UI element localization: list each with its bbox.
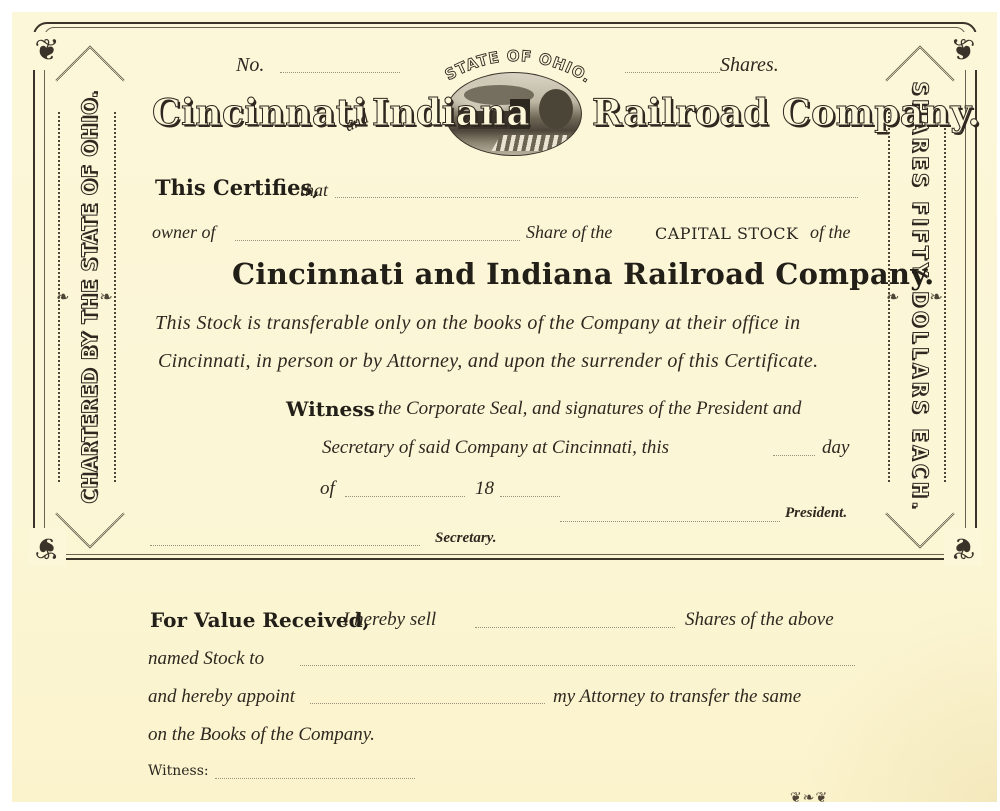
of-the-label: of the [810, 222, 851, 243]
certificate-number-label: No. [236, 54, 264, 77]
sell-shares-field[interactable] [475, 627, 675, 628]
hereby-sell-label: I hereby sell [343, 609, 436, 631]
secretary-signature-field[interactable] [150, 545, 420, 546]
books-of-company-label: on the Books of the Company. [148, 724, 375, 746]
president-signature-field[interactable] [560, 521, 780, 522]
witness-clause-line-2: Secretary of said Company at Cincinnati,… [322, 437, 669, 459]
named-stock-label: named Stock to [148, 648, 264, 670]
day-label: day [822, 437, 849, 459]
certificate-number-field[interactable] [280, 72, 400, 73]
month-field[interactable] [345, 496, 465, 497]
hereby-appoint-label: and hereby appoint [148, 686, 295, 708]
left-ornamental-panel: ❧❧ CHARTERED BY THE STATE OF OHIO. [50, 42, 130, 552]
charter-text: CHARTERED BY THE STATE OF OHIO. [78, 90, 102, 504]
witness-clause-line-1: the Corporate Seal, and signatures of th… [378, 398, 801, 420]
share-count-field[interactable] [235, 240, 520, 241]
year-prefix-label: 18 [475, 478, 494, 500]
president-label: President. [785, 505, 847, 522]
witness-heading: Witness [286, 397, 375, 421]
transfer-clause-line-1: This Stock is transferable only on the b… [155, 312, 801, 335]
share-value-text: SHARES FIFTY DOLLARS EACH. [908, 81, 932, 512]
capital-stock-label: CAPITAL STOCK [655, 224, 798, 243]
title-cincinnati: Cincinnati [152, 92, 367, 134]
title-indiana: Indiana [372, 92, 530, 134]
owner-of-label: owner of [152, 222, 216, 243]
attorney-name-field[interactable] [310, 703, 545, 704]
share-of-the-label: Share of the [526, 222, 612, 243]
shares-label: Shares. [720, 54, 779, 77]
witness-signature-field[interactable] [215, 778, 415, 779]
day-field[interactable] [773, 455, 815, 456]
shares-count-field[interactable] [625, 72, 720, 73]
attorney-transfer-label: my Attorney to transfer the same [553, 686, 801, 708]
company-name-heading: Cincinnati and Indiana Railroad Company. [232, 257, 935, 291]
flourish-ornament-icon: ❦❧❦ [790, 790, 828, 806]
for-value-received-heading: For Value Received, [150, 608, 370, 632]
year-field[interactable] [500, 496, 560, 497]
month-of-label: of [320, 478, 335, 500]
transfer-clause-line-2: Cincinnati, in person or by Attorney, an… [158, 350, 818, 373]
title-railroad-company: Railroad Company. [592, 92, 981, 134]
witness-label: Witness: [148, 763, 209, 779]
this-certifies-label: This Certifies, [155, 175, 320, 200]
transferee-name-field[interactable] [300, 665, 855, 666]
secretary-label: Secretary. [435, 530, 497, 547]
certifies-that-label: that [300, 180, 328, 201]
holder-name-field[interactable] [335, 197, 858, 198]
shares-of-above-label: Shares of the above [685, 609, 834, 631]
